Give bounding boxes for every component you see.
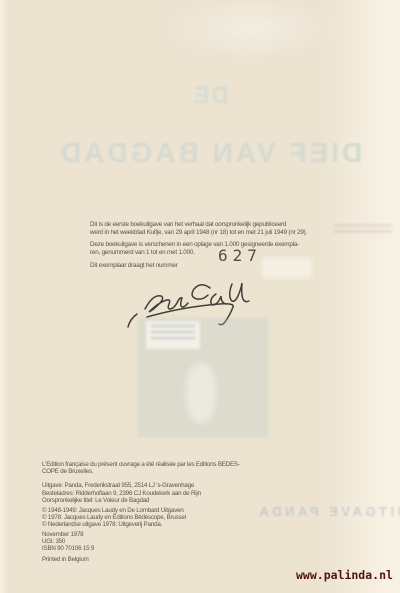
signature-flourish [128,314,137,327]
copy-number-label: Dit exemplaar draagt het nummer [90,262,178,269]
bleed-title-line2: DIEF VAN BAGDAD [55,137,365,169]
bleed-side-marks [334,224,392,236]
bleed-footer-text: UITGAVE PANDA [232,504,400,519]
publisher-details: Uitgave: Panda, Frederikstraat 955, 2514… [42,482,292,504]
colophon-text: Deze boekuitgave is verschenen in een op… [90,241,330,249]
colophon-paragraph-2: Deze boekuitgave is verschenen in een op… [90,241,330,258]
imprint-text: Uitgave: Panda, Frederikstraat 955, 2514… [42,482,292,489]
printed-in-note: Printed in Belgium [42,556,292,563]
imprint-text: L'Edition française du présent ouvrage a… [42,461,292,468]
signature-stroke [230,283,249,302]
bleed-mark [334,230,392,233]
colophon-text: ren, genummerd van 1 tot en met 1.000. [90,249,330,257]
bleed-text-line [151,337,195,339]
colophon-paragraph-1: Dit is de eerste boekuitgave van het ver… [90,221,330,238]
bleed-figure [186,363,216,423]
copyright-text: © Nederlandse uitgave 1978: Uitgeverij P… [42,521,292,528]
bleed-illustration [138,318,268,437]
imprint-text: Oorspronkelijke titel: Le Voleur de Bagd… [42,497,292,504]
bleed-text-line [151,331,195,333]
imprint-text: ISBN 90 70106 15 9 [42,545,292,552]
bleed-text-line [151,325,195,327]
french-edition-note: L'Edition française du présent ouvrage a… [42,461,292,475]
scanned-colophon-page: DE DIEF VAN BAGDAD Dit is de eerste boek… [0,0,400,593]
imprint-text: November 1978 [42,531,292,538]
imprint-text: Besteladres: Ridderhoflaan 9, 2396 CJ Ko… [42,490,292,497]
colophon-text: Dit is de eerste boekuitgave van het ver… [90,221,330,229]
bleed-mark [334,224,392,227]
colophon-text: werd in het weekblad Kuifje, van 29 apri… [90,229,330,237]
signature-stroke [192,285,210,299]
bleed-title-line1: DE [55,82,365,110]
bleed-speech-balloon [146,321,200,349]
edition-details: November 1978 UGI: 350 ISBN 90 70106 15 … [42,531,292,553]
imprint-text: COPE de Bruxelles. [42,468,292,475]
bleed-spot [262,258,312,278]
imprint-text: UGI: 350 [42,538,292,545]
copy-number-stamp: 627 [218,252,262,260]
watermark-url: www.palinda.nl [296,568,393,582]
